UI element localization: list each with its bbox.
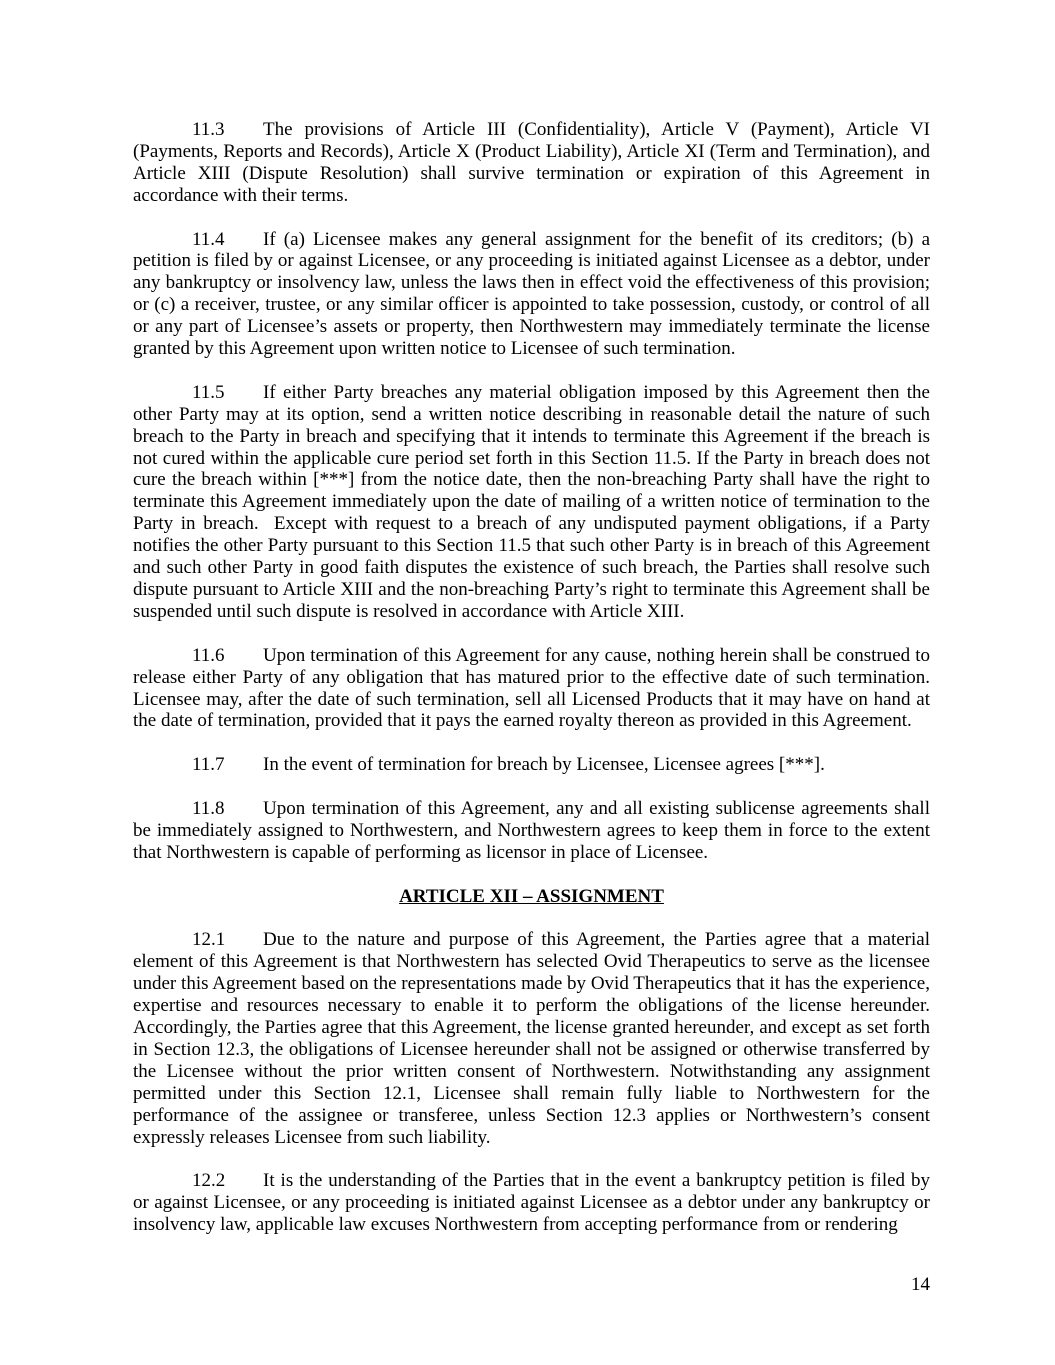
section-number: 11.7 — [192, 754, 263, 776]
section-text: If either Party breaches any material ob… — [133, 382, 930, 622]
section-paragraph-11-3: 11.3The provisions of Article III (Confi… — [133, 119, 930, 207]
section-paragraph-12-1: 12.1Due to the nature and purpose of thi… — [133, 929, 930, 1148]
section-paragraph-11-6: 11.6Upon termination of this Agreement f… — [133, 645, 930, 733]
section-number: 12.2 — [192, 1170, 263, 1192]
section-number: 11.8 — [192, 798, 263, 820]
section-number: 12.1 — [192, 929, 263, 951]
section-number: 11.3 — [192, 119, 263, 141]
section-text: Due to the nature and purpose of this Ag… — [133, 929, 930, 1147]
section-paragraph-12-2: 12.2It is the understanding of the Parti… — [133, 1170, 930, 1236]
section-number: 11.4 — [192, 229, 263, 251]
document-page: 11.3The provisions of Article III (Confi… — [0, 0, 1055, 1365]
page-number: 14 — [911, 1274, 930, 1296]
article-xii-heading: ARTICLE XII – ASSIGNMENT — [133, 886, 930, 908]
section-paragraph-11-4: 11.4If (a) Licensee makes any general as… — [133, 229, 930, 360]
section-paragraph-11-5: 11.5If either Party breaches any materia… — [133, 382, 930, 623]
section-paragraph-11-8: 11.8Upon termination of this Agreement, … — [133, 798, 930, 864]
section-paragraph-11-7: 11.7In the event of termination for brea… — [133, 754, 930, 776]
section-number: 11.5 — [192, 382, 263, 404]
section-text: In the event of termination for breach b… — [263, 754, 825, 775]
section-number: 11.6 — [192, 645, 263, 667]
article-xii-heading-text: ARTICLE XII – ASSIGNMENT — [399, 886, 664, 907]
